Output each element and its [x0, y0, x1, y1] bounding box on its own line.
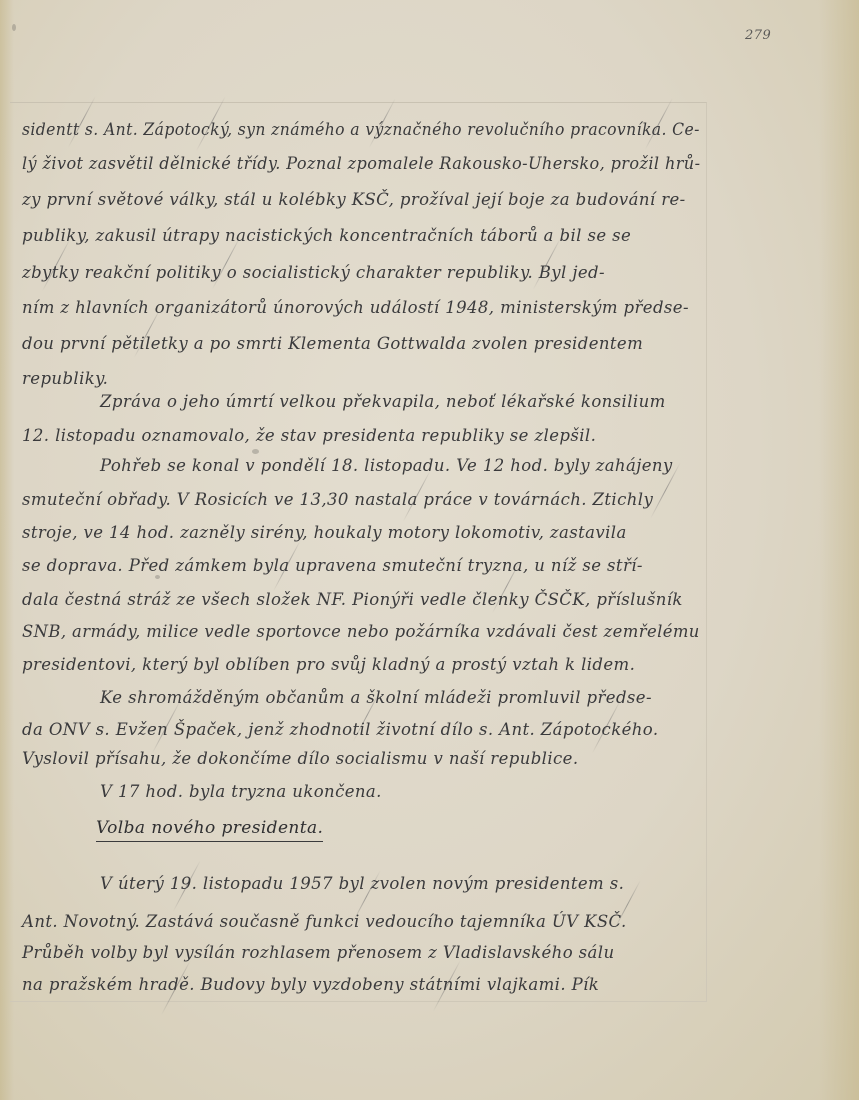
- page-number: 279: [745, 28, 771, 43]
- text-line: republiky.: [22, 369, 108, 388]
- text-line: se doprava. Před zámkem byla upravena sm…: [22, 556, 643, 575]
- ink-smudge: [12, 24, 16, 31]
- text-line: Zpráva o jeho úmrtí velkou překvapila, n…: [100, 392, 666, 411]
- section-heading: Volba nového presidenta.: [96, 818, 323, 842]
- text-line: publiky, zakusil útrapy nacistických kon…: [22, 226, 631, 245]
- text-line: lý život zasvětil dělnické třídy. Poznal…: [22, 154, 700, 173]
- text-line: zbytky reakční politiky o socialistický …: [22, 263, 605, 282]
- text-line: 12. listopadu oznamovalo, že stav presid…: [22, 426, 596, 445]
- text-line: Vyslovil přísahu, že dokončíme dílo soci…: [22, 749, 579, 768]
- ink-smudge: [252, 449, 259, 454]
- text-line: da ONV s. Evžen Špaček, jenž zhodnotil ž…: [22, 720, 658, 739]
- text-line: SNB, armády, milice vedle sportovce nebo…: [22, 622, 700, 641]
- text-line: ním z hlavních organizátorů únorových ud…: [22, 298, 689, 317]
- text-line: V úterý 19. listopadu 1957 byl zvolen no…: [100, 874, 624, 893]
- ink-smudge: [155, 575, 160, 579]
- text-line: Průběh volby byl vysílán rozhlasem přeno…: [22, 943, 615, 962]
- text-line: smuteční obřady. V Rosicích ve 13,30 nas…: [22, 490, 653, 509]
- text-line: V 17 hod. byla tryzna ukončena.: [100, 782, 382, 801]
- text-line: dala čestná stráž ze všech složek NF. Pi…: [22, 590, 683, 609]
- text-line: na pražském hradě. Budovy byly vyzdobeny…: [22, 975, 599, 994]
- text-line: stroje, ve 14 hod. zazněly sirény, houka…: [22, 523, 627, 542]
- text-line: dou první pětiletky a po smrti Klementa …: [22, 334, 643, 353]
- scanned-page: 279 sidentt s. Ant. Zápotocký, syn známé…: [0, 0, 859, 1100]
- text-line: sidentt s. Ant. Zápotocký, syn známého a…: [22, 120, 700, 139]
- text-line: presidentovi, který byl oblíben pro svůj…: [22, 655, 635, 674]
- text-line: Ant. Novotný. Zastává současně funkci ve…: [22, 912, 627, 931]
- text-line: zy první světové války, stál u kolébky K…: [22, 190, 686, 209]
- text-line: Pohřeb se konal v pondělí 18. listopadu.…: [100, 456, 673, 475]
- text-line: Ke shromážděným občanům a školní mládeži…: [100, 688, 652, 707]
- page-edge-shadow-right: [819, 0, 859, 1100]
